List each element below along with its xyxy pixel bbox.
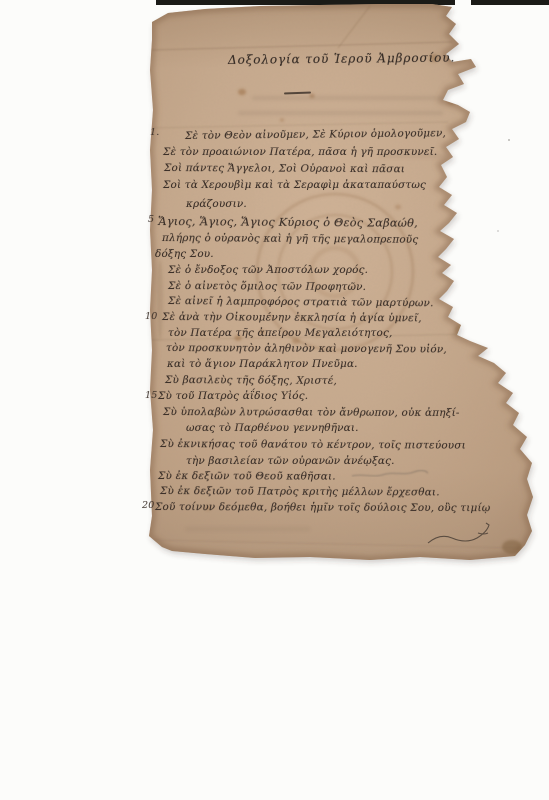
manuscript-line: κράζουσιν. — [186, 198, 247, 210]
margin-number: 1. — [150, 127, 159, 138]
bleed-through-line — [185, 527, 310, 531]
manuscript-line: τὸν προσκυνητὸν ἀληθινὸν καὶ μονογενῆ Σο… — [166, 342, 447, 355]
manuscript-line: Σοῦ τοίνυν δεόμεθα, βοήθει ἡμῖν τοῖς δού… — [155, 501, 490, 514]
manuscript-line: ωσας τὸ Παρθένου γεννηθῆναι. — [186, 422, 359, 434]
manuscript-line: Ἅγιος, Ἅγιος, Ἅγιος Κύριος ὁ Θεὸς Σαβαώθ… — [158, 215, 418, 230]
manuscript-line: Σὺ ἐκνικήσας τοῦ θανάτου τὸ κέντρον, τοῖ… — [160, 438, 466, 452]
manuscript-line: Σὲ ὁ ἔνδοξος τῶν Ἀποστόλων χορός. — [168, 264, 368, 276]
manuscript-line: Σὲ ὁ αἰνετὸς ὅμιλος τῶν Προφητῶν. — [168, 280, 366, 293]
scanned-document-page: Δοξολογία τοῦ Ἱεροῦ Ἀμβροσίου. 1. 5 10 1… — [0, 0, 549, 800]
manuscript-line: πλήρης ὁ οὐρανὸς καὶ ἡ γῆ τῆς μεγαλοπρεπ… — [162, 232, 418, 246]
manuscript-line: Σὺ ἐκ δεξιῶν τοῦ Πατρὸς κριτὴς μέλλων ἔρ… — [160, 485, 440, 498]
manuscript-line: Σοὶ πάντες Ἄγγελοι, Σοὶ Οὐρανοὶ καὶ πᾶσα… — [164, 162, 405, 175]
manuscript-line: καὶ τὸ ἅγιον Παράκλητον Πνεῦμα. — [167, 358, 358, 370]
margin-number: 10 — [145, 311, 158, 322]
manuscript-line: Σὺ τοῦ Πατρὸς ἀΐδιος Υἱός. — [158, 390, 308, 402]
margin-number: 20 — [142, 500, 155, 511]
manuscript-title: Δοξολογία τοῦ Ἱεροῦ Ἀμβροσίου. — [228, 51, 455, 67]
margin-number: 5 — [148, 214, 154, 225]
manuscript-line: Σὲ ἀνὰ τὴν Οἰκουμένην ἐκκλησία ἡ ἁγία ὑμ… — [162, 311, 422, 324]
manuscript-line: δόξης Σου. — [155, 248, 214, 260]
manuscript-line: Σὺ ἐκ δεξιῶν τοῦ Θεοῦ καθῆσαι. — [158, 470, 336, 483]
margin-number: 15 — [145, 390, 158, 401]
manuscript-line: Σὲ αἰνεῖ ἡ λαμπροφόρος στρατιὰ τῶν μαρτύ… — [168, 295, 434, 309]
bleed-through-line — [238, 111, 443, 115]
manuscript-line: τὸν Πατέρα τῆς ἀπείρου Μεγαλειότητος, — [168, 327, 392, 339]
bleed-through-line — [252, 96, 442, 100]
manuscript-line: Σὺ βασιλεὺς τῆς δόξης, Χριστέ, — [165, 374, 337, 387]
manuscript-line: Σὲ τὸν προαιώνιον Πατέρα, πᾶσα ἡ γῆ προσ… — [163, 146, 437, 158]
manuscript-line: τὴν βασιλείαν τῶν οὐρανῶν ἀνέῳξας. — [186, 455, 395, 467]
manuscript-line: Σὺ ὑπολαβὼν λυτρώσασθαι τὸν ἄνθρωπον, οὐ… — [163, 406, 460, 419]
manuscript-line: Σοὶ τὰ Χερουβὶμ καὶ τὰ Σεραφὶμ ἀκαταπαύσ… — [163, 179, 426, 191]
